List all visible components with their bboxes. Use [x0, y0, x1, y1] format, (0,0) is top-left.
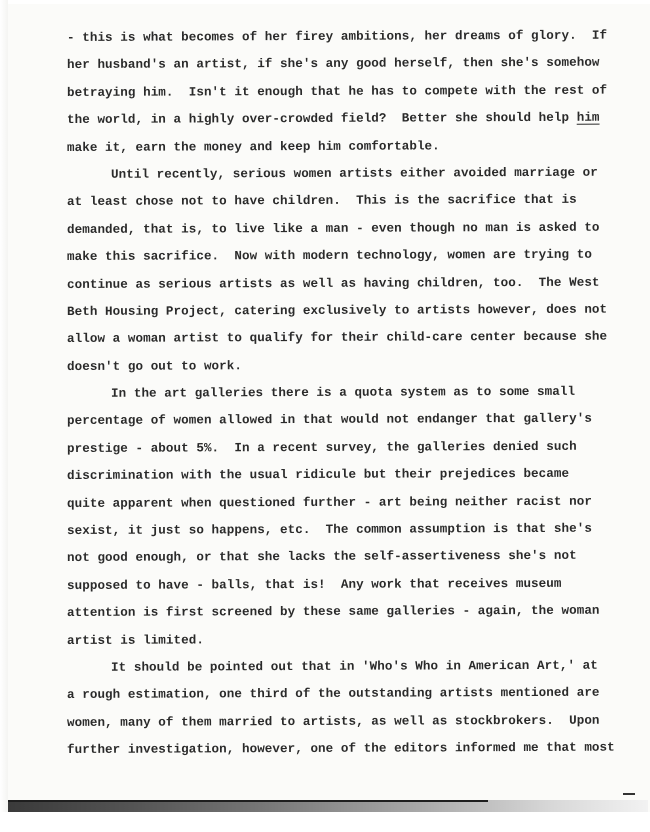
text-line: demanded, that is, to live like a man - …	[67, 214, 607, 244]
text-line: at least chose not to have children. Thi…	[67, 187, 607, 217]
text-line: allow a woman artist to qualify for thei…	[67, 324, 607, 354]
page-dash-mark	[623, 793, 635, 795]
text-line: sexist, it just so happens, etc. The com…	[67, 516, 607, 546]
scan-margin-bottom	[0, 812, 650, 832]
scan-left-edge	[0, 0, 8, 812]
paragraph-2: Until recently, serious women artists ei…	[67, 162, 607, 381]
text-line: a rough estimation, one third of the out…	[67, 680, 607, 710]
text-line: quite apparent when questioned further -…	[67, 488, 607, 518]
text-line: make this sacrifice. Now with modern tec…	[67, 242, 607, 272]
text-line-indented: It should be pointed out that in 'Who's …	[67, 653, 607, 683]
text-line: betraying him. Isn't it enough that he h…	[67, 77, 607, 107]
text-line-indented: In the art galleries there is a quota sy…	[67, 379, 607, 409]
text-line: artist is limited.	[67, 625, 607, 655]
text-line: her husband's an artist, if she's any go…	[67, 50, 607, 80]
text-line: further investigation, however, one of t…	[67, 735, 607, 765]
text-line: women, many of them married to artists, …	[67, 707, 607, 737]
text-segment: the world, in a highly over-crowded fiel…	[67, 111, 577, 127]
text-line: supposed to have - balls, that is! Any w…	[67, 570, 607, 600]
paragraph-3: In the art galleries there is a quota sy…	[67, 381, 607, 655]
text-line: Beth Housing Project, catering exclusive…	[67, 297, 607, 327]
text-line: - this is what becomes of her firey ambi…	[67, 23, 607, 53]
text-line: continue as serious artists as well as h…	[67, 269, 607, 299]
text-line: make it, earn the money and keep him com…	[67, 132, 607, 162]
text-line: attention is first screened by these sam…	[67, 598, 607, 628]
scan-bottom-shadow	[8, 800, 648, 812]
paragraph-4: It should be pointed out that in 'Who's …	[67, 655, 607, 765]
paragraph-1: - this is what becomes of her firey ambi…	[67, 25, 607, 162]
text-line: discrimination with the usual ridicule b…	[67, 461, 607, 491]
text-line: prestige - about 5%. In a recent survey,…	[67, 434, 607, 464]
text-line-indented: Until recently, serious women artists ei…	[67, 160, 607, 190]
text-line: the world, in a highly over-crowded fiel…	[67, 105, 607, 135]
page-body-text: - this is what becomes of her firey ambi…	[67, 25, 607, 765]
text-line: percentage of women allowed in that woul…	[67, 406, 607, 436]
text-line: doesn't go out to work.	[67, 351, 607, 381]
underlined-word: him	[577, 111, 600, 125]
text-line: not good enough, or that she lacks the s…	[67, 543, 607, 573]
